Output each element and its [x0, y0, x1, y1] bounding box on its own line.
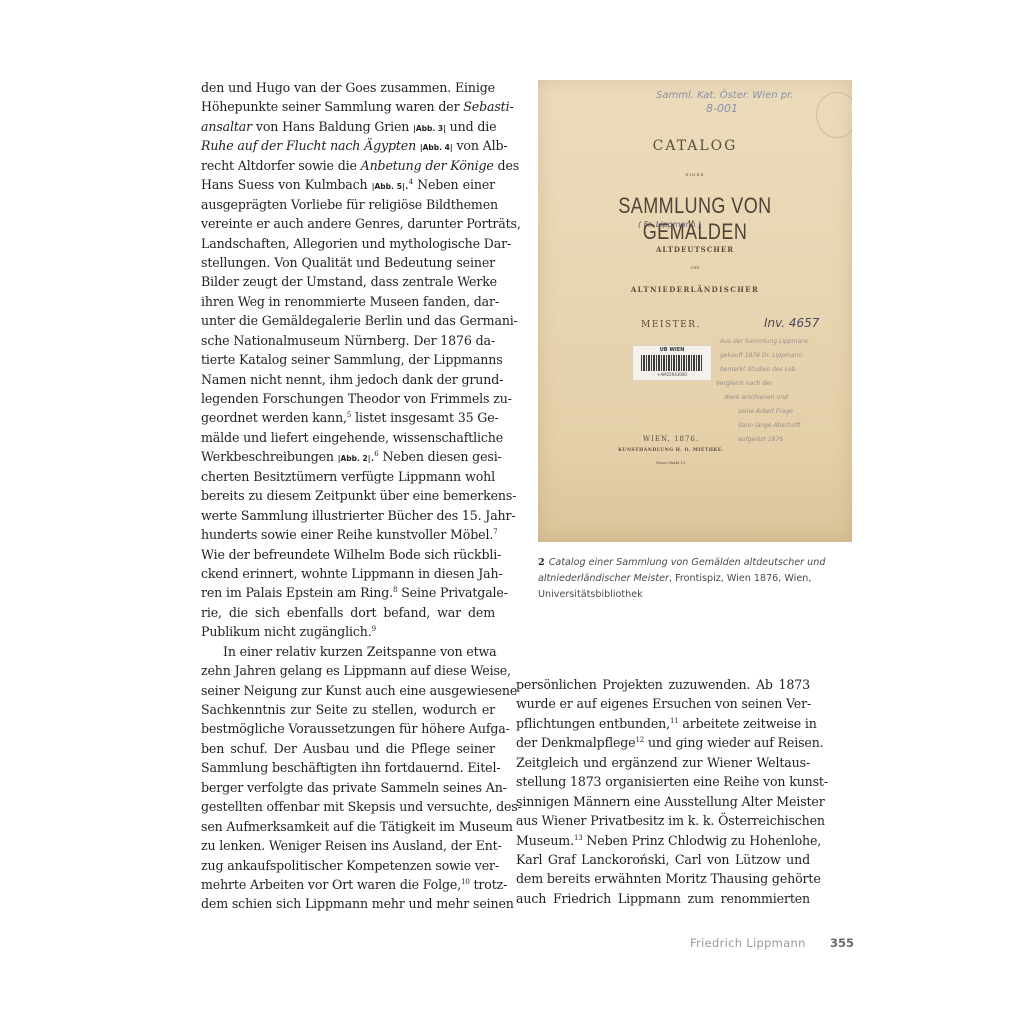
text-line: Bilder zeugt der Umstand, dass zentrale … — [201, 272, 495, 291]
catalog-und: UND — [538, 266, 852, 270]
text-line: zug ankaufspolitischer Kompetenzen sowie… — [201, 856, 495, 875]
text-line: mälde und liefert eingehende, wissenscha… — [201, 428, 495, 447]
text-line: tierte Katalog seiner Sammlung, der Lipp… — [201, 350, 495, 369]
handwritten-note-line: Vergleich nach der — [716, 380, 772, 387]
library-stamp — [816, 92, 852, 138]
text-line: stellung 1873 organisierten eine Reihe v… — [516, 772, 810, 791]
text-line: den und Hugo van der Goes zusammen. Eini… — [201, 78, 495, 97]
barcode-number: +AM22943000 — [633, 372, 711, 377]
handwritten-note-line: bemerkt Studien des Lob. — [720, 366, 797, 373]
text-line: werte Sammlung illustrierter Bücher des … — [201, 506, 495, 525]
text-line: dem bereits erwähnten Moritz Thausing ge… — [516, 869, 810, 888]
text-line: geordnet werden kann,5 listet insgesamt … — [201, 408, 495, 427]
text-line: Sammlung beschäftigten ihn fortdauernd. … — [201, 758, 495, 777]
text-line: Zeitgleich und ergänzend zur Wiener Welt… — [516, 753, 810, 772]
text-line: persönlichen Projekten zuzuwenden. Ab 18… — [516, 675, 810, 694]
text-line: rie, die sich ebenfalls dort befand, war… — [201, 603, 495, 622]
handwritten-shelfmark: Samml. Kat. Öster. Wien pr. — [656, 90, 793, 101]
figure-caption: 2Catalog einer Sammlung von Gemälden alt… — [538, 555, 858, 603]
text-line: Werkbeschreibungen |Abb. 2|.6 Neben dies… — [201, 447, 495, 466]
handwritten-owner-note: ( Fr. Lippmann ) — [638, 220, 701, 229]
text-line: ihren Weg in renommierte Museen fanden, … — [201, 292, 495, 311]
text-line: Namen nicht nennt, ihm jedoch dank der g… — [201, 370, 495, 389]
imprint-city: WIEN, 1876. — [538, 435, 828, 443]
text-line: In einer relativ kurzen Zeitspanne von e… — [201, 642, 495, 661]
text-line: recht Altdorfer sowie die Anbetung der K… — [201, 156, 495, 175]
handwritten-note-line: Werk erschienen und — [724, 394, 788, 401]
catalog-title: CATALOG — [538, 138, 852, 154]
handwritten-note-line: Aus der Sammlung Lippmann — [720, 338, 809, 345]
text-line: der Denkmalpflege12 und ging wieder auf … — [516, 733, 810, 752]
text-line: berger verfolgte das private Sammeln sei… — [201, 778, 495, 797]
left-text-column: den und Hugo van der Goes zusammen. Eini… — [201, 78, 495, 914]
handwritten-note-line: gekauft 1876 Dr. Lippmann — [720, 352, 802, 359]
library-barcode-label: UB WIEN +AM22943000 — [632, 345, 712, 381]
running-footer-title: Friedrich Lippmann — [690, 936, 806, 950]
catalog-einer: EINER — [538, 172, 852, 177]
text-line: sche Nationalmuseum Nürnberg. Der 1876 d… — [201, 331, 495, 350]
text-line: stellungen. Von Qualität und Bedeutung s… — [201, 253, 495, 272]
handwritten-inventory-number: Inv. 4657 — [764, 316, 819, 330]
barcode-icon — [641, 355, 703, 371]
text-line: auch Friedrich Lippmann zum renommierten — [516, 889, 810, 908]
text-line: sinnigen Männern eine Ausstellung Alter … — [516, 792, 810, 811]
text-line: bereits zu diesem Zeitpunkt über eine be… — [201, 486, 495, 505]
text-line: gestellten offenbar mit Skepsis und vers… — [201, 797, 495, 816]
text-line: zu lenken. Weniger Reisen ins Ausland, d… — [201, 836, 495, 855]
text-line: Landschaften, Allegorien und mythologisc… — [201, 234, 495, 253]
imprint-address: Neuer Markt 13. — [538, 461, 828, 465]
text-line: hunderts sowie einer Reihe kunstvoller M… — [201, 525, 495, 544]
text-line: ben schuf. Der Ausbau und die Pflege sei… — [201, 739, 495, 758]
text-line: Hans Suess von Kulmbach |Abb. 5|.4 Neben… — [201, 175, 495, 194]
text-line: Ruhe auf der Flucht nach Ägypten |Abb. 4… — [201, 136, 495, 155]
handwritten-shelfmark-number: 8-001 — [706, 102, 738, 115]
text-line: Museum.13 Neben Prinz Chlodwig zu Hohenl… — [516, 831, 810, 850]
text-line: vereinte er auch andere Genres, darunter… — [201, 214, 495, 233]
catalog-frontispiece-image: Samml. Kat. Öster. Wien pr. 8-001 CATALO… — [538, 80, 852, 542]
barcode-library-label: UB WIEN — [633, 347, 711, 353]
text-line: zehn Jahren gelang es Lippmann auf diese… — [201, 661, 495, 680]
text-line: bestmögliche Voraussetzungen für höhere … — [201, 719, 495, 738]
text-line: ckend erinnert, wohnte Lippmann in diese… — [201, 564, 495, 583]
text-line: ren im Palais Epstein am Ring.8 Seine Pr… — [201, 583, 495, 602]
text-line: aus Wiener Privatbesitz im k. k. Österre… — [516, 811, 810, 830]
text-line: cherten Besitztümern verfügte Lippmann w… — [201, 467, 495, 486]
text-line: ausgeprägten Vorliebe für religiöse Bild… — [201, 195, 495, 214]
text-line: mehrte Arbeiten vor Ort waren die Folge,… — [201, 875, 495, 894]
text-line: Wie der befreundete Wilhelm Bode sich rü… — [201, 545, 495, 564]
text-line: sen Aufmerksamkeit auf die Tätigkeit im … — [201, 817, 495, 836]
text-line: Karl Graf Lanckoroński, Carl von Lützow … — [516, 850, 810, 869]
handwritten-note-line: aufgelöst 1876 — [738, 436, 783, 443]
text-line: Sachkenntnis zur Seite zu stellen, wodur… — [201, 700, 495, 719]
imprint-publisher: KUNSTHANDLUNG H. O. MIETHKE. — [538, 448, 828, 453]
text-line: unter die Gemäldegalerie Berlin und das … — [201, 311, 495, 330]
book-page: den und Hugo van der Goes zusammen. Eini… — [0, 0, 1024, 1024]
text-line: ansaltar von Hans Baldung Grien |Abb. 3|… — [201, 117, 495, 136]
handwritten-note-line: seine Arbeit Frage — [738, 408, 793, 415]
text-line: pflichtungen entbunden,11 arbeitete zeit… — [516, 714, 810, 733]
text-line: legenden Forschungen Theodor von Frimmel… — [201, 389, 495, 408]
catalog-altdeutscher: ALTDEUTSCHER — [538, 245, 852, 254]
text-line: Höhepunkte seiner Sammlung waren der Seb… — [201, 97, 495, 116]
text-line: dem schien sich Lippmann mehr und mehr s… — [201, 894, 495, 913]
handwritten-note-line: dann lange Abschrift — [738, 422, 800, 429]
page-number: 355 — [830, 936, 854, 950]
catalog-altniederlaendischer: ALTNIEDERLÄNDISCHER — [538, 285, 852, 294]
text-line: wurde er auf eigenes Ersuchen von seinen… — [516, 694, 810, 713]
catalog-sammlung-title: SAMMLUNG VON GEMÄLDEN — [566, 193, 823, 245]
right-text-column: persönlichen Projekten zuzuwenden. Ab 18… — [516, 675, 810, 908]
text-line: seiner Neigung zur Kunst auch eine ausge… — [201, 681, 495, 700]
text-line: Publikum nicht zugänglich.9 — [201, 622, 495, 641]
figure-number: 2 — [538, 557, 545, 568]
